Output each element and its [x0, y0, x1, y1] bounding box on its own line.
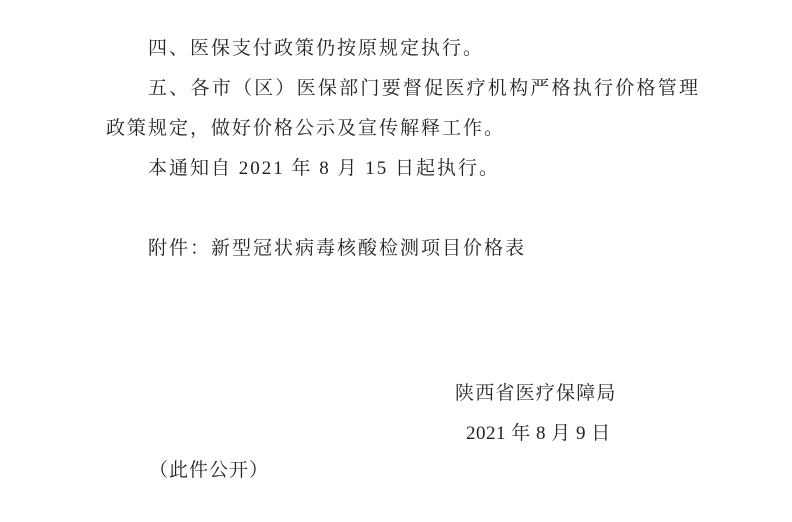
public-release-note: （此件公开） [149, 455, 269, 482]
document-body: 四、医保支付政策仍按原规定执行。 五、各市（区）医保部门要督促医疗机构严格执行价… [106, 29, 700, 269]
signature-date: 2021 年 8 月 9 日 [466, 418, 611, 445]
signature-organization: 陕西省医疗保障局 [455, 378, 617, 405]
effective-date-paragraph: 本通知自 2021 年 8 月 15 日起执行。 [106, 149, 700, 189]
clause-four-paragraph: 四、医保支付政策仍按原规定执行。 [106, 29, 700, 69]
document-page: 四、医保支付政策仍按原规定执行。 五、各市（区）医保部门要督促医疗机构严格执行价… [0, 0, 792, 522]
clause-five-paragraph: 五、各市（区）医保部门要督促医疗机构严格执行价格管理政策规定，做好价格公示及宣传… [106, 69, 700, 149]
attachment-note: 附件：新型冠状病毒核酸检测项目价格表 [106, 229, 700, 269]
